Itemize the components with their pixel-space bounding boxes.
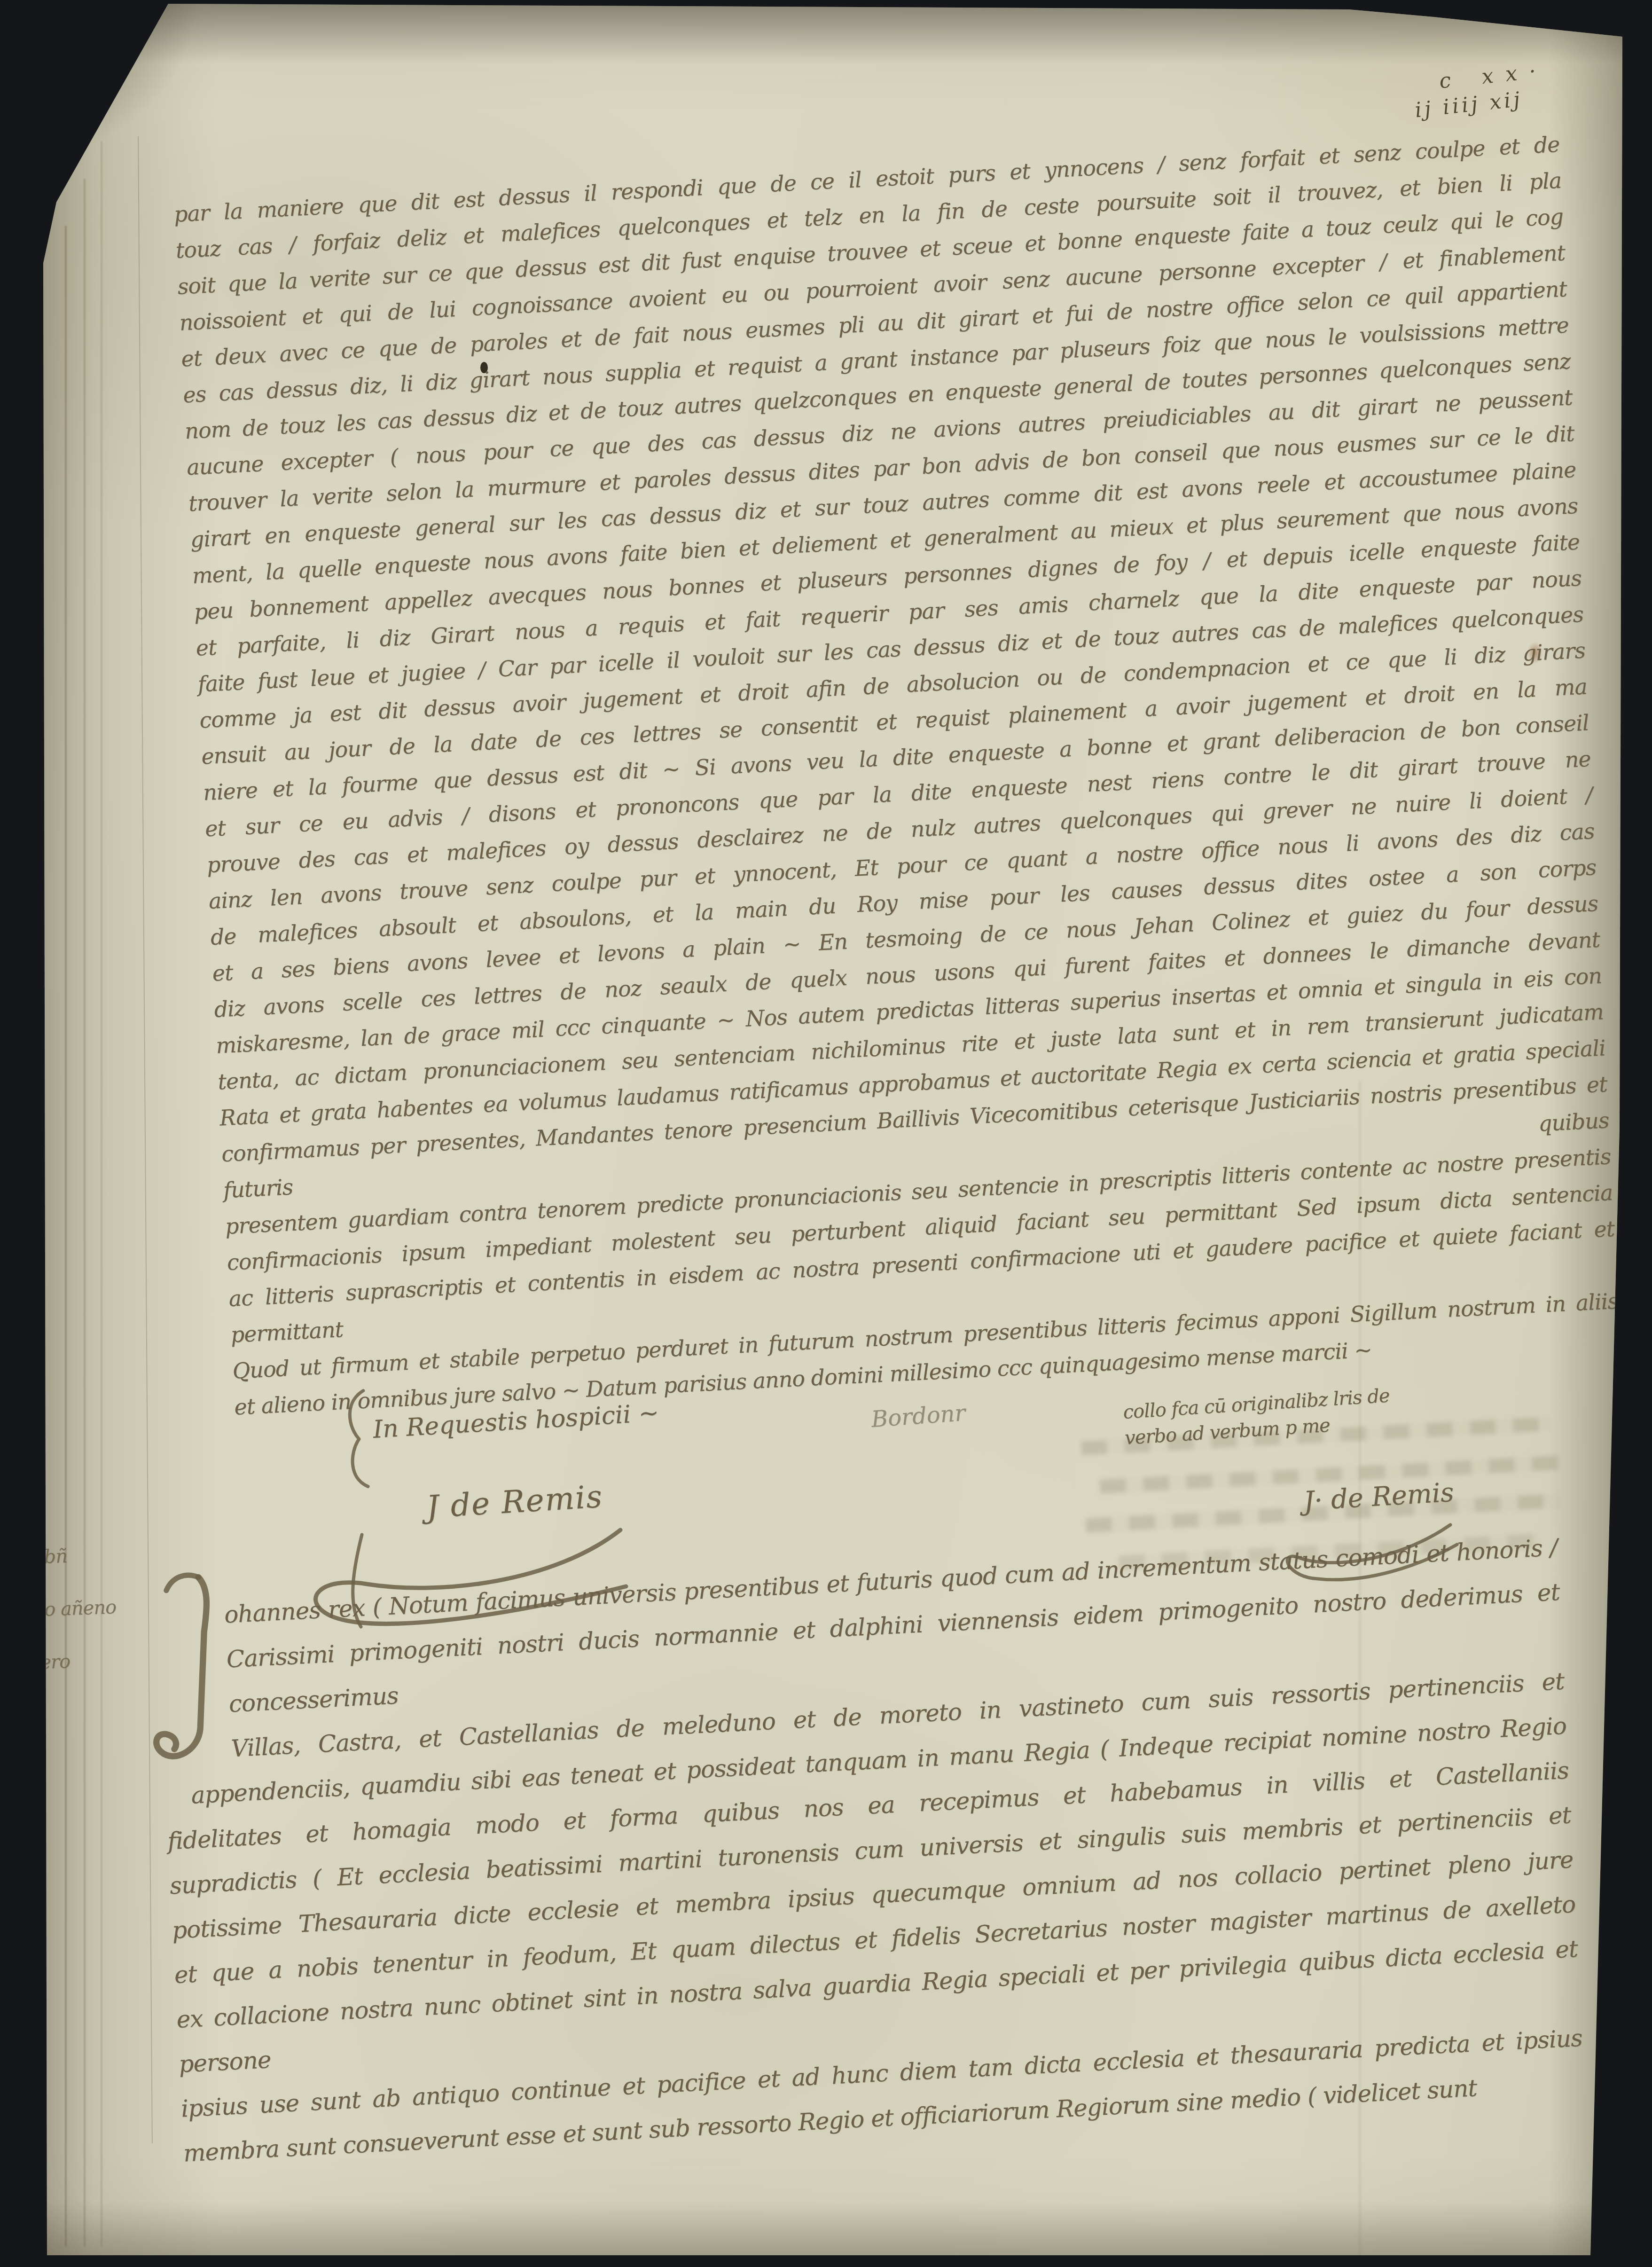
- manuscript-line: llero: [28, 1632, 148, 1689]
- act-2-text: J ohannes rex ( Notum facimus universis …: [155, 1525, 1586, 2176]
- act-1-text: par la maniere que dit est dessus il res…: [173, 126, 1621, 1426]
- manuscript-line: gio añeno: [26, 1580, 146, 1637]
- top-edge-shadow: [0, 0, 1652, 75]
- manuscript-line: vrbñ: [24, 1527, 144, 1584]
- marginal-note: vrbñgio añenollero: [24, 1527, 148, 1689]
- folio-edge-line: [101, 141, 102, 2247]
- margin-ruling-line: [138, 136, 153, 2143]
- act-2-lines: ohannes rex ( Notum facimus universis pr…: [155, 1525, 1586, 2176]
- folio-edge-line: [84, 179, 86, 2247]
- photo-background: c xx· ij iiij xij par la maniere que dit…: [0, 0, 1652, 2267]
- bottom-edge-shadow: [0, 2201, 1652, 2267]
- manuscript-page: c xx· ij iiij xij par la maniere que dit…: [0, 0, 1652, 2267]
- folio-edge-line: [65, 226, 67, 2247]
- folio-number: c xx· ij iiij xij: [1411, 57, 1552, 124]
- initial-letter-J: [136, 1569, 226, 1774]
- registry-center-note: Bordonr: [870, 1400, 966, 1433]
